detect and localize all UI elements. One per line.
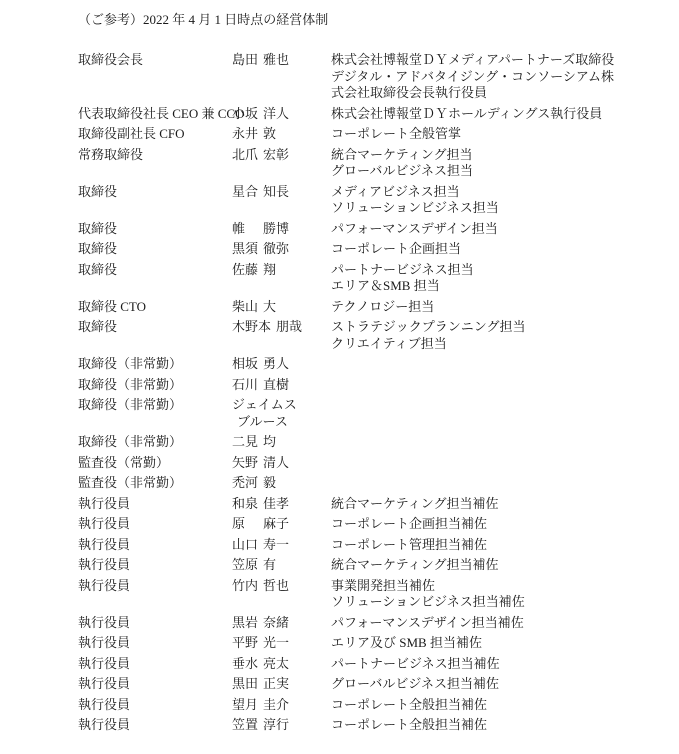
surname: 佐藤 [232, 262, 258, 279]
given-name: 朋哉 [276, 319, 302, 336]
surname: 矢野 [232, 455, 258, 472]
given-name: 毅 [263, 475, 276, 492]
person-name: 柴山大 [232, 299, 331, 316]
person-name: ジェイムスブルース [232, 397, 331, 430]
table-row: 取締役 木野本朋哉 ストラテジックプランニング担当 クリエイティブ担当 [78, 319, 679, 352]
given-name: 哲也 [263, 578, 289, 595]
surname: 笠原 [232, 557, 258, 574]
person-name: 笠置淳行 [232, 717, 331, 734]
person-name: 木野本朋哉 [232, 319, 331, 336]
given-name: ブルース [237, 414, 288, 431]
surname: 山口 [232, 537, 258, 554]
table-row: 監査役（常勤） 矢野清人 [78, 455, 679, 472]
person-name: 平野光一 [232, 635, 331, 652]
person-name: 北爪宏彰 [232, 147, 331, 164]
table-row: 執行役員 平野光一 エリア及び SMB 担当補佐 [78, 635, 679, 652]
given-name: 勇人 [263, 356, 289, 373]
table-row: 執行役員 黒岩奈緒 パフォーマンスデザイン担当補佐 [78, 615, 679, 632]
surname: 相坂 [232, 356, 258, 373]
person-name: 垂水亮太 [232, 656, 331, 673]
position-label: 執行役員 [78, 697, 232, 714]
duty-text: パートナービジネス担当 エリア＆SMB 担当 [331, 262, 651, 295]
table-row: 監査役（非常勤） 禿河毅 [78, 475, 679, 492]
table-row: 常務取締役 北爪宏彰 統合マーケティング担当 グローバルビジネス担当 [78, 147, 679, 180]
position-label: 取締役 [78, 221, 232, 238]
surname: 二見 [232, 434, 258, 451]
surname: 島田 [232, 52, 258, 69]
given-name: 徹弥 [263, 241, 289, 258]
surname: 笠置 [232, 717, 258, 734]
person-name: 黒岩奈緒 [232, 615, 331, 632]
given-name: 寿一 [263, 537, 289, 554]
position-label: 取締役会長 [78, 52, 232, 69]
surname: 黒岩 [232, 615, 258, 632]
duty-text: コーポレート全般管掌 [331, 126, 651, 143]
person-name: 黒須徹弥 [232, 241, 331, 258]
given-name: 正実 [263, 676, 289, 693]
surname: 木野本 [232, 319, 271, 336]
person-name: 禿河毅 [232, 475, 331, 492]
position-label: 取締役（非常勤） [78, 397, 232, 414]
table-row: 執行役員 竹内哲也 事業開発担当補佐 ソリューションビジネス担当補佐 [78, 578, 679, 611]
position-label: 取締役 [78, 319, 232, 336]
surname: 北爪 [232, 147, 258, 164]
position-label: 取締役（非常勤） [78, 377, 232, 394]
table-row: 執行役員 笠置淳行 コーポレート全般担当補佐 [78, 717, 679, 734]
surname: 帷 [232, 221, 258, 238]
given-name: 敦 [263, 126, 276, 143]
given-name: 大 [263, 299, 276, 316]
surname: 石川 [232, 377, 258, 394]
person-name: 黒田正実 [232, 676, 331, 693]
position-label: 取締役 [78, 184, 232, 201]
person-name: 小坂洋人 [232, 106, 331, 123]
surname: 竹内 [232, 578, 258, 595]
position-label: 執行役員 [78, 578, 232, 595]
position-label: 代表取締役社長 CEO 兼 CCO [78, 106, 232, 123]
table-row: 執行役員 和泉佳孝 統合マーケティング担当補佐 [78, 496, 679, 513]
surname: 禿河 [232, 475, 258, 492]
surname: ジェイムス [232, 397, 297, 414]
table-row: 取締役副社長 CFO 永井敦 コーポレート全般管掌 [78, 126, 679, 143]
person-name: 原麻子 [232, 516, 331, 533]
surname: 永井 [232, 126, 258, 143]
table-row: 取締役 CTO 柴山大 テクノロジー担当 [78, 299, 679, 316]
given-name: 勝博 [263, 221, 289, 238]
position-label: 取締役副社長 CFO [78, 126, 232, 143]
duty-text: 統合マーケティング担当 グローバルビジネス担当 [331, 147, 651, 180]
position-label: 執行役員 [78, 557, 232, 574]
table-row: 取締役 黒須徹弥 コーポレート企画担当 [78, 241, 679, 258]
duty-text: コーポレート全般担当補佐 [331, 717, 651, 734]
duty-text: 統合マーケティング担当補佐 [331, 496, 651, 513]
given-name: 清人 [263, 455, 289, 472]
surname: 平野 [232, 635, 258, 652]
position-label: 取締役（非常勤） [78, 434, 232, 451]
person-name: 佐藤翔 [232, 262, 331, 279]
surname: 黒須 [232, 241, 258, 258]
person-name: 帷勝博 [232, 221, 331, 238]
given-name: 圭介 [263, 697, 289, 714]
person-name: 矢野清人 [232, 455, 331, 472]
duty-text: メディアビジネス担当 ソリューションビジネス担当 [331, 184, 651, 217]
surname: 柴山 [232, 299, 258, 316]
surname: 和泉 [232, 496, 258, 513]
surname: 原 [232, 516, 258, 533]
position-label: 執行役員 [78, 635, 232, 652]
given-name: 均 [263, 434, 276, 451]
duty-text: コーポレート全般担当補佐 [331, 697, 651, 714]
table-row: 執行役員 望月圭介 コーポレート全般担当補佐 [78, 697, 679, 714]
person-name: 島田雅也 [232, 52, 331, 69]
duty-text: 株式会社博報堂ＤＹメディアパートナーズ取締役 デジタル・アドバタイジング・コンソ… [331, 52, 651, 102]
person-name: 和泉佳孝 [232, 496, 331, 513]
given-name: 直樹 [263, 377, 289, 394]
given-name: 麻子 [263, 516, 289, 533]
table-row: 取締役 星合知長 メディアビジネス担当 ソリューションビジネス担当 [78, 184, 679, 217]
duty-text: 統合マーケティング担当補佐 [331, 557, 651, 574]
duty-text: ストラテジックプランニング担当 クリエイティブ担当 [331, 319, 651, 352]
duty-text: コーポレート企画担当補佐 [331, 516, 651, 533]
person-name: 二見均 [232, 434, 331, 451]
surname: 星合 [232, 184, 258, 201]
surname: 黒田 [232, 676, 258, 693]
person-name: 石川直樹 [232, 377, 331, 394]
given-name: 淳行 [263, 717, 289, 734]
position-label: 監査役（非常勤） [78, 475, 232, 492]
table-row: 取締役（非常勤） 二見均 [78, 434, 679, 451]
duty-text: 事業開発担当補佐 ソリューションビジネス担当補佐 [331, 578, 651, 611]
duty-text: コーポレート企画担当 [331, 241, 651, 258]
position-label: 監査役（常勤） [78, 455, 232, 472]
table-row: 執行役員 垂水亮太 パートナービジネス担当補佐 [78, 656, 679, 673]
page-title: （ご参考）2022 年 4 月 1 日時点の経営体制 [78, 11, 679, 28]
given-name: 有 [263, 557, 276, 574]
table-row: 執行役員 原麻子 コーポレート企画担当補佐 [78, 516, 679, 533]
given-name: 翔 [263, 262, 276, 279]
given-name: 佳孝 [263, 496, 289, 513]
duty-text: コーポレート管理担当補佐 [331, 537, 651, 554]
duty-text: パフォーマンスデザイン担当 [331, 221, 651, 238]
duty-text: グローバルビジネス担当補佐 [331, 676, 651, 693]
position-label: 執行役員 [78, 717, 232, 734]
surname: 小坂 [232, 106, 258, 123]
position-label: 執行役員 [78, 516, 232, 533]
table-row: 取締役（非常勤） 相坂勇人 [78, 356, 679, 373]
duty-text: パートナービジネス担当補佐 [331, 656, 651, 673]
position-label: 取締役 [78, 241, 232, 258]
person-name: 笠原有 [232, 557, 331, 574]
position-label: 執行役員 [78, 537, 232, 554]
position-label: 執行役員 [78, 496, 232, 513]
given-name: 知長 [263, 184, 289, 201]
table-row: 執行役員 黒田正実 グローバルビジネス担当補佐 [78, 676, 679, 693]
duty-text: パフォーマンスデザイン担当補佐 [331, 615, 651, 632]
position-label: 取締役 CTO [78, 299, 232, 316]
position-label: 執行役員 [78, 615, 232, 632]
table-row: 取締役会長 島田雅也 株式会社博報堂ＤＹメディアパートナーズ取締役 デジタル・ア… [78, 52, 679, 102]
duty-text: エリア及び SMB 担当補佐 [331, 635, 651, 652]
position-label: 取締役（非常勤） [78, 356, 232, 373]
given-name: 亮太 [263, 656, 289, 673]
table-row: 代表取締役社長 CEO 兼 CCO 小坂洋人 株式会社博報堂ＤＹホールディングス… [78, 106, 679, 123]
person-name: 星合知長 [232, 184, 331, 201]
given-name: 洋人 [263, 106, 289, 123]
table-row: 執行役員 山口寿一 コーポレート管理担当補佐 [78, 537, 679, 554]
person-name: 永井敦 [232, 126, 331, 143]
given-name: 宏彰 [263, 147, 289, 164]
duty-text: 株式会社博報堂ＤＹホールディングス執行役員 [331, 106, 651, 123]
document-page: （ご参考）2022 年 4 月 1 日時点の経営体制 取締役会長 島田雅也 株式… [0, 0, 679, 754]
person-name: 竹内哲也 [232, 578, 331, 595]
table-row: 取締役 帷勝博 パフォーマンスデザイン担当 [78, 221, 679, 238]
person-name: 相坂勇人 [232, 356, 331, 373]
surname: 垂水 [232, 656, 258, 673]
table-row: 執行役員 笠原有 統合マーケティング担当補佐 [78, 557, 679, 574]
position-label: 執行役員 [78, 676, 232, 693]
person-name: 山口寿一 [232, 537, 331, 554]
position-label: 執行役員 [78, 656, 232, 673]
duty-text: テクノロジー担当 [331, 299, 651, 316]
given-name: 奈緒 [263, 615, 289, 632]
surname: 望月 [232, 697, 258, 714]
management-table: 取締役会長 島田雅也 株式会社博報堂ＤＹメディアパートナーズ取締役 デジタル・ア… [78, 52, 679, 734]
given-name: 光一 [263, 635, 289, 652]
position-label: 取締役 [78, 262, 232, 279]
position-label: 常務取締役 [78, 147, 232, 164]
given-name: 雅也 [263, 52, 289, 69]
person-name: 望月圭介 [232, 697, 331, 714]
table-row: 取締役（非常勤） ジェイムスブルース [78, 397, 679, 430]
table-row: 取締役（非常勤） 石川直樹 [78, 377, 679, 394]
table-row: 取締役 佐藤翔 パートナービジネス担当 エリア＆SMB 担当 [78, 262, 679, 295]
